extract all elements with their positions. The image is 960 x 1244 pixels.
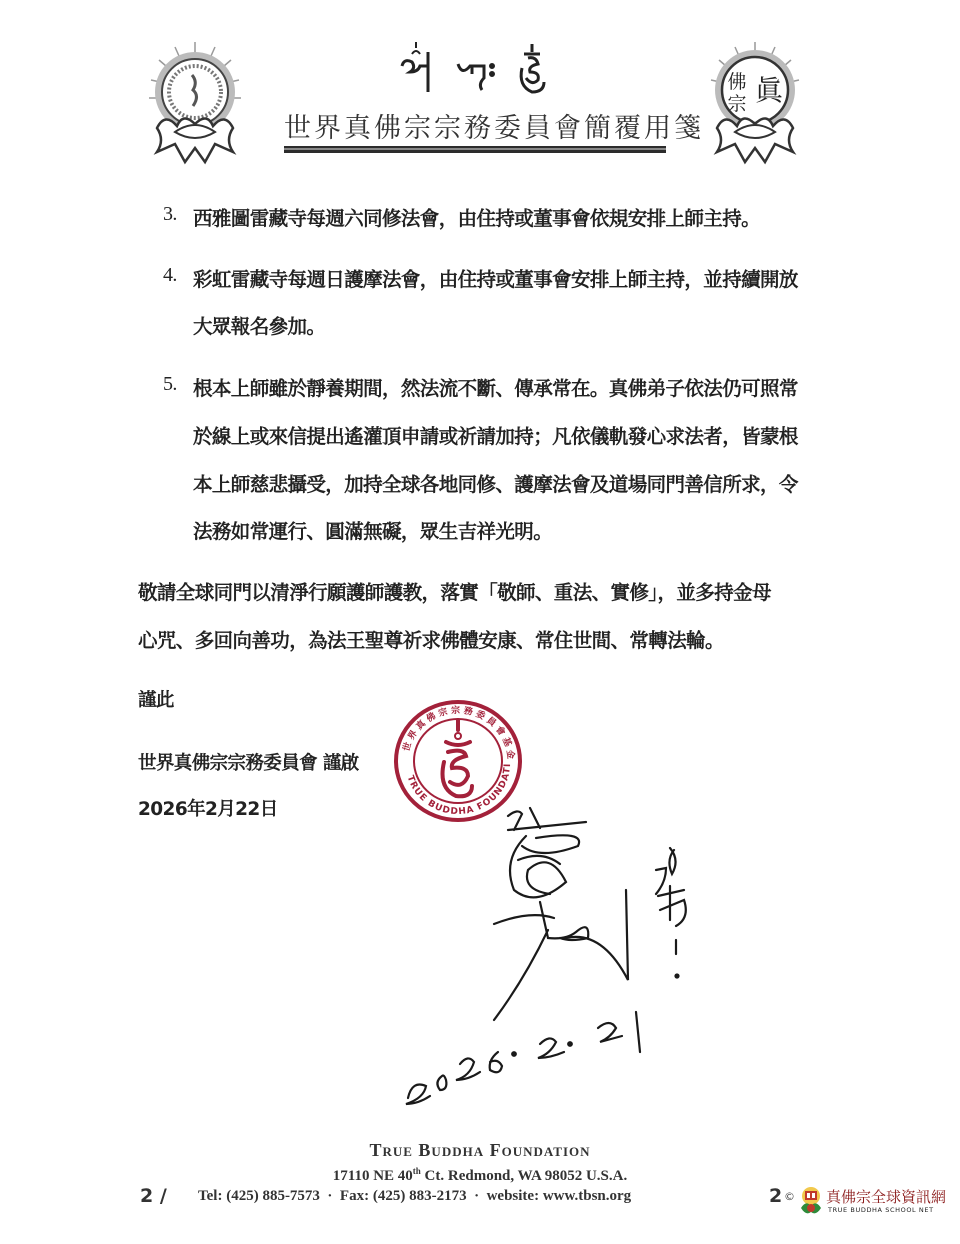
sanskrit-mantra-icon [392,38,572,98]
handwritten-signature-icon [390,790,710,1120]
footer-address: 17110 NE 40th Ct. Redmond, WA 98052 U.S.… [0,1166,960,1185]
site-watermark: © 真佛宗全球資訊網 TRUE BUDDHA SCHOOL NET [784,1186,954,1222]
address-ordinal: th [413,1166,421,1176]
footer-organization: True Buddha Foundation [0,1140,960,1161]
salutation: 謹此 [138,686,174,712]
copyright-symbol: © [784,1190,795,1203]
letterhead-title: 世界真佛宗宗務委員會簡覆用箋 [284,106,676,145]
watermark-chinese-name: 真佛宗全球資訊網 [826,1186,946,1207]
header-divider [284,146,666,153]
true-buddha-school-logo-icon [800,1186,822,1218]
item-line: 於線上或來信提出遙灌頂申請或祈請加持；凡依儀軌發心求法者，皆蒙根 [193,421,798,449]
watermark-english-name: TRUE BUDDHA SCHOOL NET [828,1206,934,1214]
item-line: 大眾報名參加。 [193,311,325,339]
letterhead: 世界真佛宗宗務委員會簡覆用箋 佛 眞 宗 [0,0,960,180]
lotus-seal-emblem-icon [145,40,245,170]
page-number-right: 2 [769,1185,782,1207]
paragraph-line: 敬請全球同門以清淨行願護師護教，落實「敬師、重法、實修」，並多持金母 [138,577,771,605]
item-number: 4. [163,264,177,287]
footer-contact: Tel: (425) 885-7573 · Fax: (425) 883-217… [198,1188,631,1205]
address-street: 17110 NE 40 [333,1168,413,1184]
item-line: 法務如常運行、圓滿無礙，眾生吉祥光明。 [193,516,552,544]
sender-line: 世界真佛宗宗務委員會 謹啟 [138,749,359,775]
emblem-char-fo: 佛 [727,71,746,93]
page-number-left: 2 / [140,1185,167,1207]
paragraph-line: 心咒、多回向善功，為法王聖尊祈求佛體安康、常住世間、常轉法輪。 [138,625,724,653]
item-line: 本上師慈悲攝受，加持全球各地同修、護摩法會及道場同門善信所求，令 [193,469,798,497]
emblem-char-zhen: 眞 [755,74,785,107]
item-line: 彩虹雷藏寺每週日護摩法會，由住持或董事會安排上師主持，並持續開放 [193,264,798,292]
emblem-char-zong: 宗 [727,93,746,115]
item-line: 西雅圖雷藏寺每週六同修法會，由住持或董事會依規安排上師主持。 [193,203,760,231]
item-number: 3. [163,203,177,226]
address-city: Ct. Redmond, WA 98052 U.S.A. [421,1168,627,1184]
letter-date: 2026年2月22日 [138,795,278,821]
item-line: 根本上師雖於靜養期間，然法流不斷、傳承常在。真佛弟子依法仍可照常 [193,373,798,401]
true-buddha-lotus-emblem-icon: 佛 眞 宗 [705,40,805,170]
item-number: 5. [163,373,177,396]
